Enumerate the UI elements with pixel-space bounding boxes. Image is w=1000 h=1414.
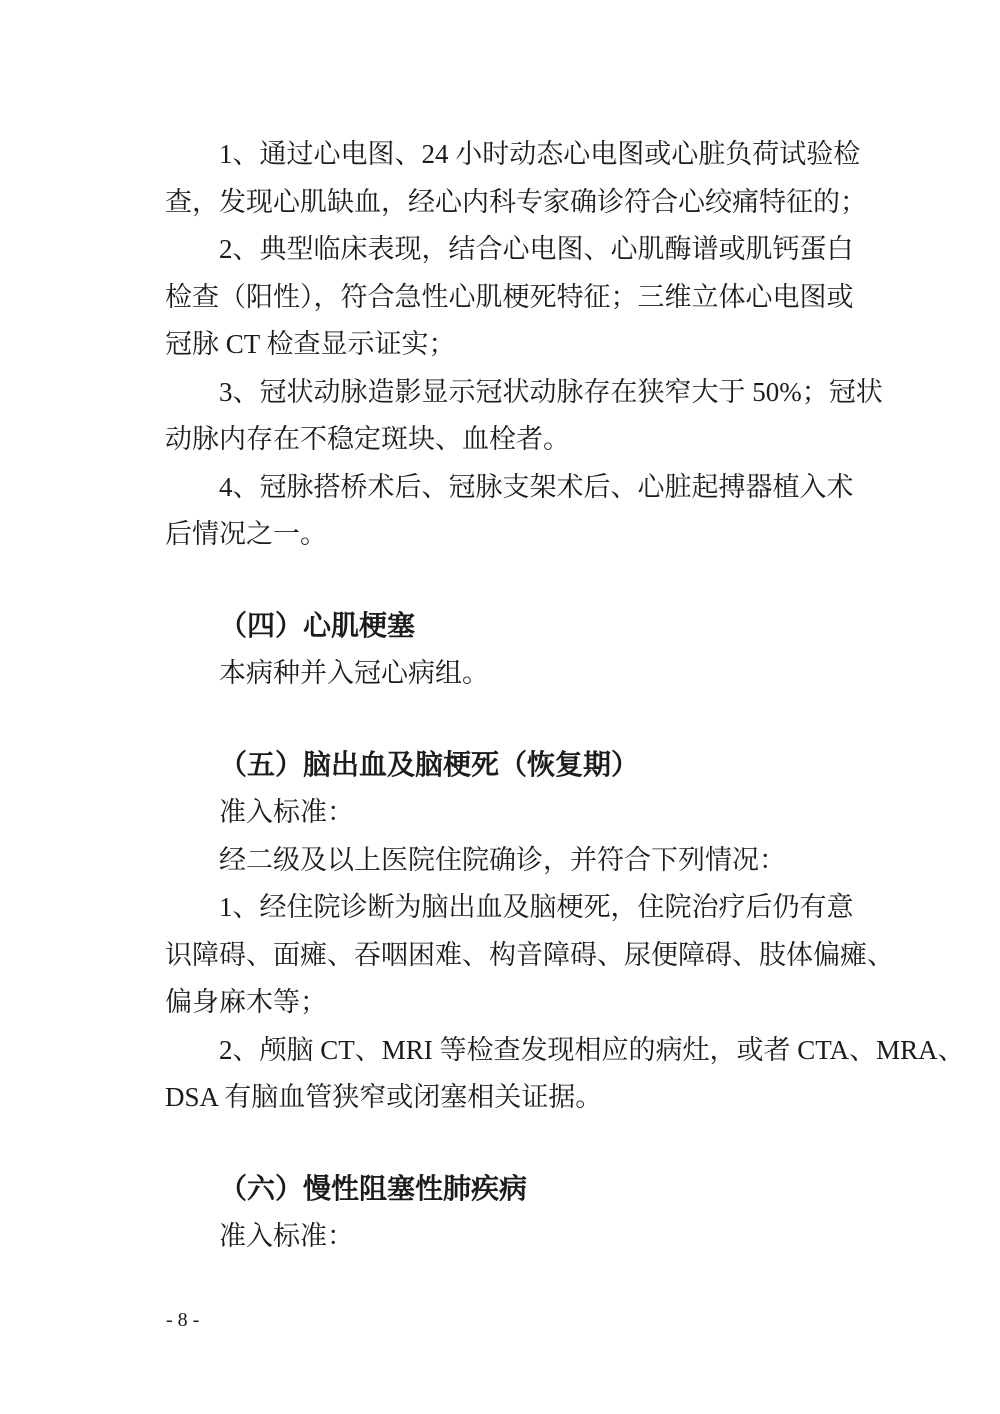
body-line: 后情况之一。 [165,511,895,559]
section-heading-cerebral-hemorrhage-infarction: （五）脑出血及脑梗死（恢复期） [165,742,895,790]
page-number: - 8 - [166,1308,199,1332]
body-line: 经二级及以上医院住院确诊，并符合下列情况： [165,837,895,885]
body-line: 4、冠脉搭桥术后、冠脉支架术后、心脏起搏器植入术 [165,464,895,512]
paragraph-merged-into-chd-group: 本病种并入冠心病组。 [165,650,895,698]
body-line: 1、经住院诊断为脑出血及脑梗死，住院治疗后仍有意 [165,884,895,932]
body-line: 本病种并入冠心病组。 [165,650,895,698]
body-line: 准入标准： [165,789,895,837]
section-heading-myocardial-infarction: （四）心肌梗塞 [165,603,895,651]
paragraph-angina-criterion-2: 2、典型临床表现，结合心电图、心肌酶谱或肌钙蛋白 检查（阳性），符合急性心肌梗死… [165,226,895,369]
paragraph-hospital-confirmation: 经二级及以上医院住院确诊，并符合下列情况： [165,837,895,885]
body-line: 偏身麻木等； [165,979,895,1027]
body-line: 准入标准： [165,1213,895,1261]
document-body: 1、通过心电图、24 小时动态心电图或心脏负荷试验检 查，发现心肌缺血，经心内科… [165,131,895,1261]
body-line: 3、冠状动脉造影显示冠状动脉存在狭窄大于 50%；冠状 [165,369,895,417]
paragraph-stroke-criterion-2: 2、颅脑 CT、MRI 等检查发现相应的病灶，或者 CTA、MRA、 DSA 有… [165,1027,895,1122]
paragraph-admission-criteria-label-copd: 准入标准： [165,1213,895,1261]
body-line: 冠脉 CT 检查显示证实； [165,321,895,369]
paragraph-angina-criterion-1: 1、通过心电图、24 小时动态心电图或心脏负荷试验检 查，发现心肌缺血，经心内科… [165,131,895,226]
paragraph-angina-criterion-4: 4、冠脉搭桥术后、冠脉支架术后、心脏起搏器植入术 后情况之一。 [165,464,895,559]
body-line: 检查（阳性），符合急性心肌梗死特征；三维立体心电图或 [165,274,895,322]
section-heading-copd: （六）慢性阻塞性肺疾病 [165,1166,895,1214]
body-line: 动脉内存在不稳定斑块、血栓者。 [165,416,895,464]
body-line: 1、通过心电图、24 小时动态心电图或心脏负荷试验检 [165,131,895,179]
paragraph-admission-criteria-label: 准入标准： [165,789,895,837]
paragraph-angina-criterion-3: 3、冠状动脉造影显示冠状动脉存在狭窄大于 50%；冠状 动脉内存在不稳定斑块、血… [165,369,895,464]
paragraph-stroke-criterion-1: 1、经住院诊断为脑出血及脑梗死，住院治疗后仍有意 识障碍、面瘫、吞咽困难、构音障… [165,884,895,1027]
body-line: 识障碍、面瘫、吞咽困难、构音障碍、尿便障碍、肢体偏瘫、 [165,932,895,980]
body-line: 查，发现心肌缺血，经心内科专家确诊符合心绞痛特征的； [165,179,895,227]
body-line: 2、典型临床表现，结合心电图、心肌酶谱或肌钙蛋白 [165,226,895,274]
body-line: 2、颅脑 CT、MRI 等检查发现相应的病灶，或者 CTA、MRA、 [165,1027,895,1075]
body-line: DSA 有脑血管狭窄或闭塞相关证据。 [165,1074,895,1122]
